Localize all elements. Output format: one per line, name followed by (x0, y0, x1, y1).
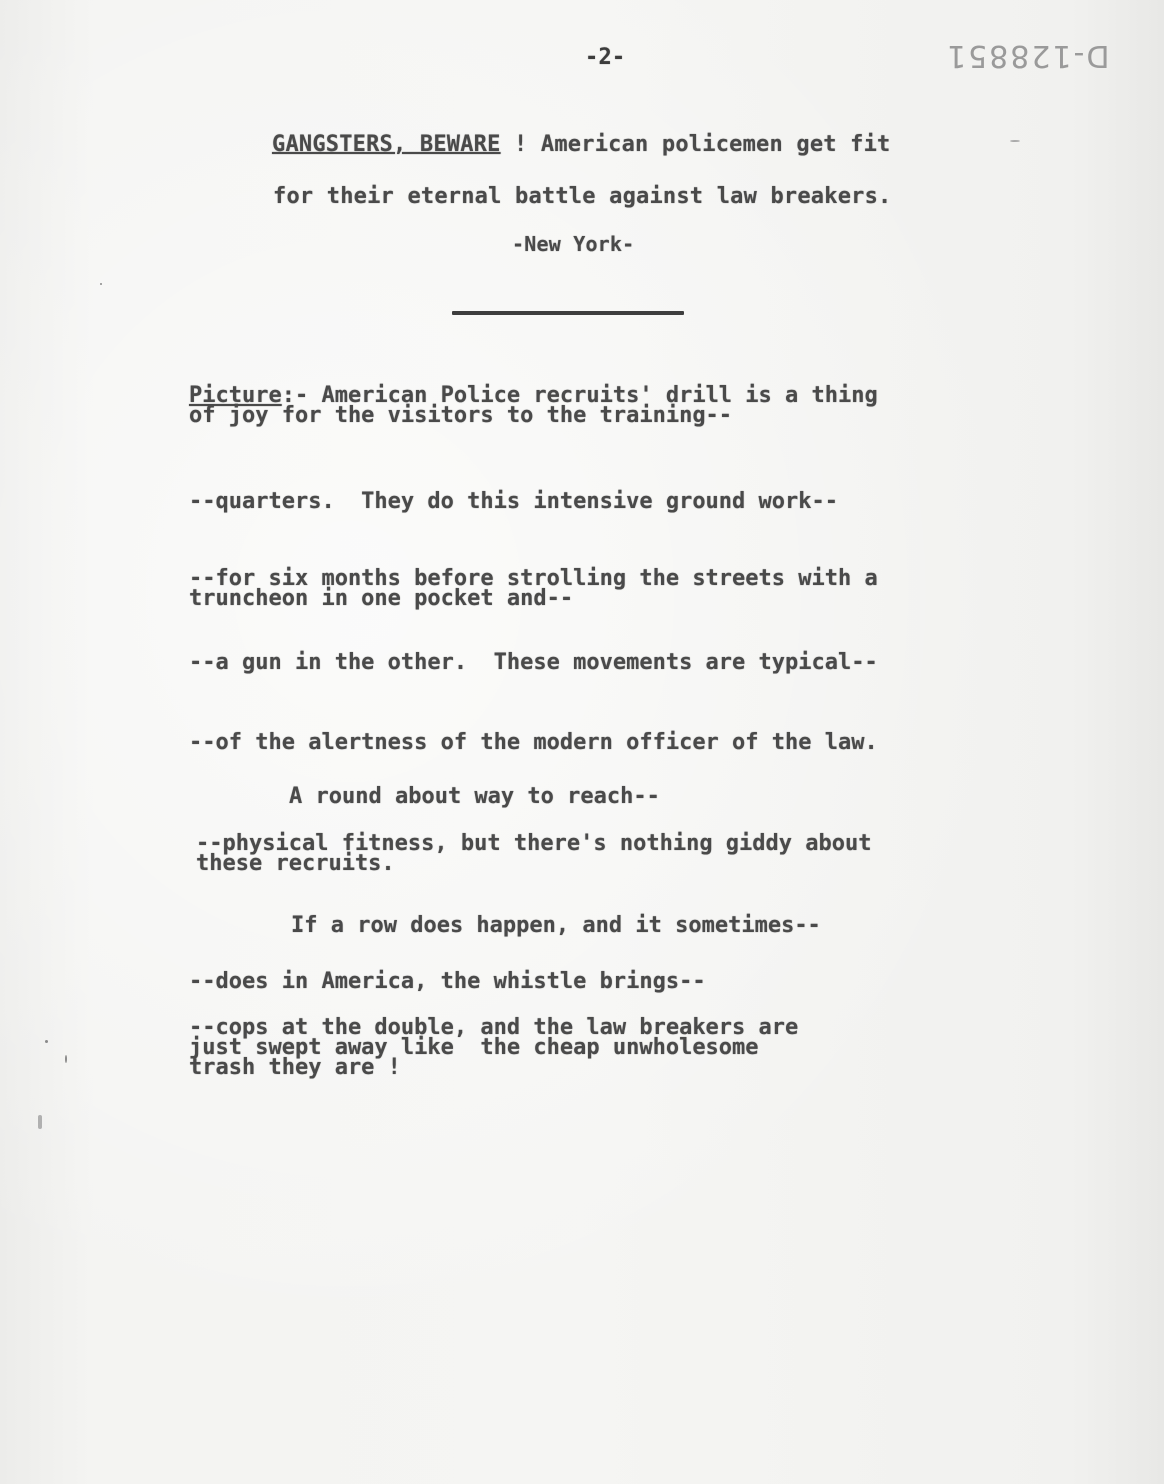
paragraph: --of the alertness of the modern officer… (189, 733, 878, 753)
paragraph: --for six months before strolling the st… (189, 569, 878, 609)
paragraph: --physical fitness, but there's nothing … (196, 834, 872, 874)
headline-line-1: GANGSTERS, BEWARE ! American policemen g… (272, 132, 891, 157)
paragraph: --a gun in the other. These movements ar… (189, 653, 878, 673)
dateline: -New York- (512, 232, 634, 256)
paragraph: --cops at the double, and the law breake… (189, 1018, 798, 1078)
paragraph: A round about way to reach-- (289, 787, 660, 807)
paper-speck (38, 1115, 42, 1129)
paragraph-picture: Picture:- American Police recruits' dril… (189, 386, 878, 426)
paragraph-text: :- American Police recruits' drill is a … (189, 383, 878, 428)
typewritten-page: -2- D-128851 GANGSTERS, BEWARE ! America… (0, 0, 1164, 1484)
archive-id-handwritten: D-128851 (945, 38, 1109, 73)
paper-speck (45, 1040, 48, 1043)
divider-rule (452, 311, 684, 315)
paper-speck (65, 1055, 67, 1063)
headline-line-1-rest: ! American policemen get fit (501, 132, 891, 157)
paper-speck (1010, 140, 1020, 142)
page-number: -2- (585, 45, 625, 70)
headline-line-2: for their eternal battle against law bre… (273, 184, 891, 209)
paper-speck (100, 283, 102, 285)
paragraph: --does in America, the whistle brings-- (189, 972, 706, 992)
paragraph: --quarters. They do this intensive groun… (189, 492, 838, 512)
paragraph: If a row does happen, and it sometimes-- (291, 916, 821, 936)
headline-lead: GANGSTERS, BEWARE (272, 132, 501, 157)
